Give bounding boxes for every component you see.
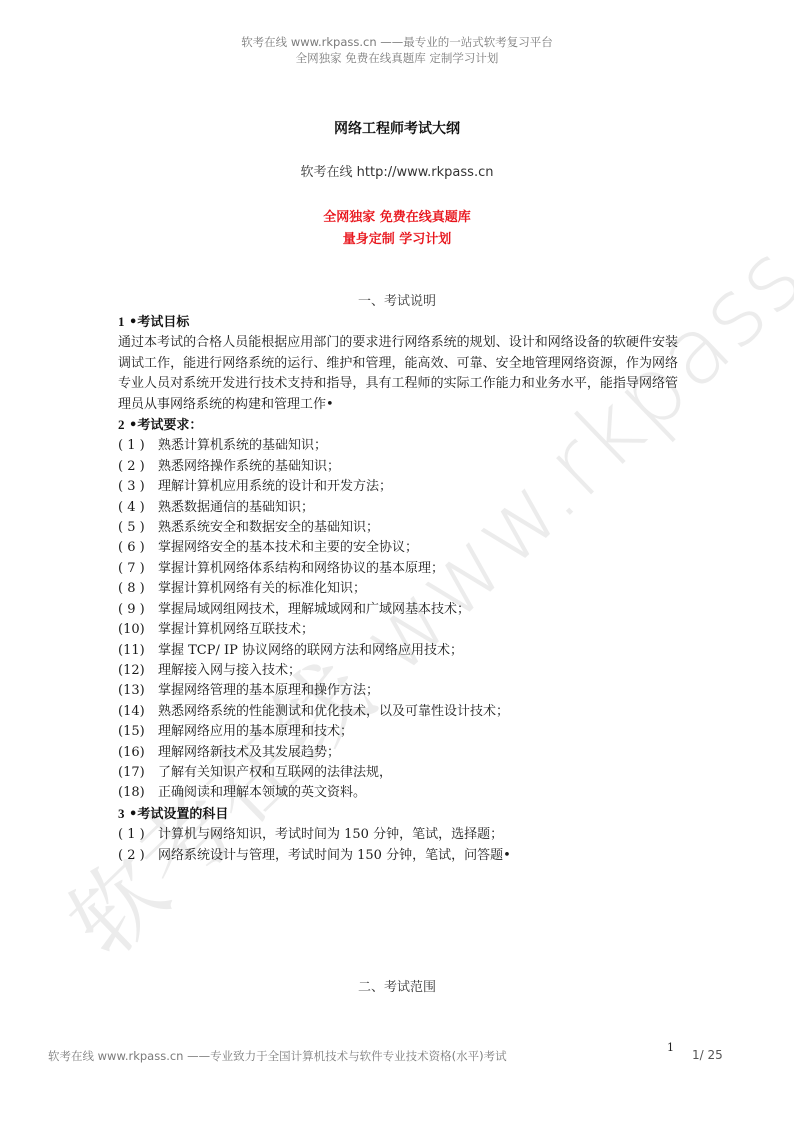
item-index: ( 4 ) (118, 498, 158, 518)
item-index: ( 1 ) (118, 436, 158, 456)
item-index: (17) (118, 763, 158, 783)
item-index: ( 6 ) (118, 538, 158, 558)
promo-line-1: 全网独家 免费在线真题库 (0, 206, 794, 225)
list-item: (12)理解接入网与接入技术； (118, 661, 678, 681)
list-item: (11)掌握 TCP/ IP 协议网络的联网方法和网络应用技术； (118, 641, 678, 661)
list-item: (10)掌握计算机网络互联技术； (118, 620, 678, 640)
item-index: (18) (118, 783, 158, 803)
item-index: ( 2 ) (118, 457, 158, 477)
item-text: 计算机与网络知识，考试时间为 150 分钟，笔试，选择题； (158, 827, 503, 842)
list-item: ( 6 )掌握网络安全的基本技术和主要的安全协议； (118, 538, 678, 558)
subheading-number: 2 (118, 417, 125, 432)
list-item: (14)熟悉网络系统的性能测试和优化技术，以及可靠性设计技术； (118, 702, 678, 722)
item-index: ( 3 ) (118, 477, 158, 497)
item-text: 掌握计算机网络体系结构和网络协议的基本原理； (158, 561, 444, 576)
list-item: (18)正确阅读和理解本领域的英文资料。 (118, 783, 678, 803)
item-index: ( 1 ) (118, 825, 158, 845)
list-item: ( 3 )理解计算机应用系统的设计和开发方法； (118, 477, 678, 497)
item-text: 掌握网络管理的基本原理和操作方法； (158, 683, 379, 698)
item-text: 熟悉系统安全和数据安全的基础知识； (158, 520, 379, 535)
item-index: ( 2 ) (118, 846, 158, 866)
list-item: ( 1 )熟悉计算机系统的基础知识； (118, 436, 678, 456)
item-text: 熟悉网络操作系统的基础知识； (158, 459, 340, 474)
subheading-title: •考试目标 (129, 315, 189, 330)
subheading-title: •考试要求： (129, 418, 202, 433)
item-text: 熟悉数据通信的基础知识； (158, 500, 314, 515)
subheading-number: 1 (118, 314, 125, 329)
section-1-body: 1 •考试目标 通过本考试的合格人员能根据应用部门的要求进行网络系统的规划、设计… (118, 312, 678, 866)
list-item: (15)理解网络应用的基本原理和技术； (118, 722, 678, 742)
list-item: ( 1 )计算机与网络知识，考试时间为 150 分钟，笔试，选择题； (118, 825, 678, 845)
item-text: 掌握网络安全的基本技术和主要的安全协议； (158, 540, 418, 555)
item-index: ( 7 ) (118, 559, 158, 579)
item-text: 理解网络新技术及其发展趋势； (158, 745, 340, 760)
document-title: 网络工程师考试大纲 (0, 118, 794, 138)
page-footer: 软考在线 www.rkpass.cn ——专业致力于全国计算机技术与软件专业技术… (48, 1048, 507, 1064)
list-item: (17)了解有关知识产权和互联网的法律法规， (118, 763, 678, 783)
promo-line-2: 量身定制 学习计划 (0, 228, 794, 247)
item-text: 掌握局域网组网技术，理解城域网和广域网基本技术； (158, 602, 470, 617)
item-index: (16) (118, 743, 158, 763)
item-text: 正确阅读和理解本领域的英文资料。 (158, 785, 366, 800)
item-index: ( 5 ) (118, 518, 158, 538)
item-index: (10) (118, 620, 158, 640)
header-line-2: 全网独家 免费在线真题库 定制学习计划 (0, 50, 794, 66)
item-text: 了解有关知识产权和互联网的法律法规， (158, 765, 392, 780)
header-line-1: 软考在线 www.rkpass.cn ——最专业的一站式软考复习平台 (0, 34, 794, 50)
item-index: (15) (118, 722, 158, 742)
subheading-title: •考试设置的科目 (129, 807, 228, 822)
item-text: 熟悉网络系统的性能测试和优化技术，以及可靠性设计技术； (158, 704, 509, 719)
subheading-exam-requirements: 2 •考试要求： (118, 415, 678, 436)
page-header: 软考在线 www.rkpass.cn ——最专业的一站式软考复习平台 全网独家 … (0, 34, 794, 66)
list-item: ( 7 )掌握计算机网络体系结构和网络协议的基本原理； (118, 559, 678, 579)
item-index: ( 9 ) (118, 600, 158, 620)
item-text: 掌握计算机网络互联技术； (158, 622, 314, 637)
page-number: 1 (667, 1041, 674, 1054)
list-item: ( 5 )熟悉系统安全和数据安全的基础知识； (118, 518, 678, 538)
section-heading-exam-description: 一、考试说明 (0, 290, 794, 309)
list-item: ( 4 )熟悉数据通信的基础知识； (118, 498, 678, 518)
list-item: ( 2 )网络系统设计与管理，考试时间为 150 分钟，笔试，问答题• (118, 846, 678, 866)
item-text: 网络系统设计与管理，考试时间为 150 分钟，笔试，问答题• (158, 848, 511, 863)
subjects-list: ( 1 )计算机与网络知识，考试时间为 150 分钟，笔试，选择题； ( 2 )… (118, 825, 678, 866)
list-item: ( 2 )熟悉网络操作系统的基础知识； (118, 457, 678, 477)
subheading-exam-subjects: 3 •考试设置的科目 (118, 804, 678, 825)
requirements-list: ( 1 )熟悉计算机系统的基础知识； ( 2 )熟悉网络操作系统的基础知识； (… (118, 436, 678, 803)
list-item: (13)掌握网络管理的基本原理和操作方法； (118, 681, 678, 701)
item-text: 理解计算机应用系统的设计和开发方法； (158, 479, 392, 494)
document-subtitle: 软考在线 http://www.rkpass.cn (0, 161, 794, 180)
exam-goal-paragraph: 通过本考试的合格人员能根据应用部门的要求进行网络系统的规划、设计和网络设备的软硬… (118, 333, 678, 415)
subheading-number: 3 (118, 806, 125, 821)
item-text: 掌握计算机网络有关的标准化知识； (158, 581, 366, 596)
section-heading-exam-scope: 二、考试范围 (0, 976, 794, 995)
item-text: 熟悉计算机系统的基础知识； (158, 438, 327, 453)
item-text: 理解网络应用的基本原理和技术； (158, 724, 353, 739)
list-item: (16)理解网络新技术及其发展趋势； (118, 743, 678, 763)
item-index: (13) (118, 681, 158, 701)
item-index: (12) (118, 661, 158, 681)
item-index: (14) (118, 702, 158, 722)
list-item: ( 8 )掌握计算机网络有关的标准化知识； (118, 579, 678, 599)
item-text: 掌握 TCP/ IP 协议网络的联网方法和网络应用技术； (158, 643, 463, 658)
item-text: 理解接入网与接入技术； (158, 663, 301, 678)
item-index: (11) (118, 641, 158, 661)
list-item: ( 9 )掌握局域网组网技术，理解城域网和广域网基本技术； (118, 600, 678, 620)
subheading-exam-goal: 1 •考试目标 (118, 312, 678, 333)
item-index: ( 8 ) (118, 579, 158, 599)
page-indicator: 1/ 25 (692, 1048, 723, 1062)
